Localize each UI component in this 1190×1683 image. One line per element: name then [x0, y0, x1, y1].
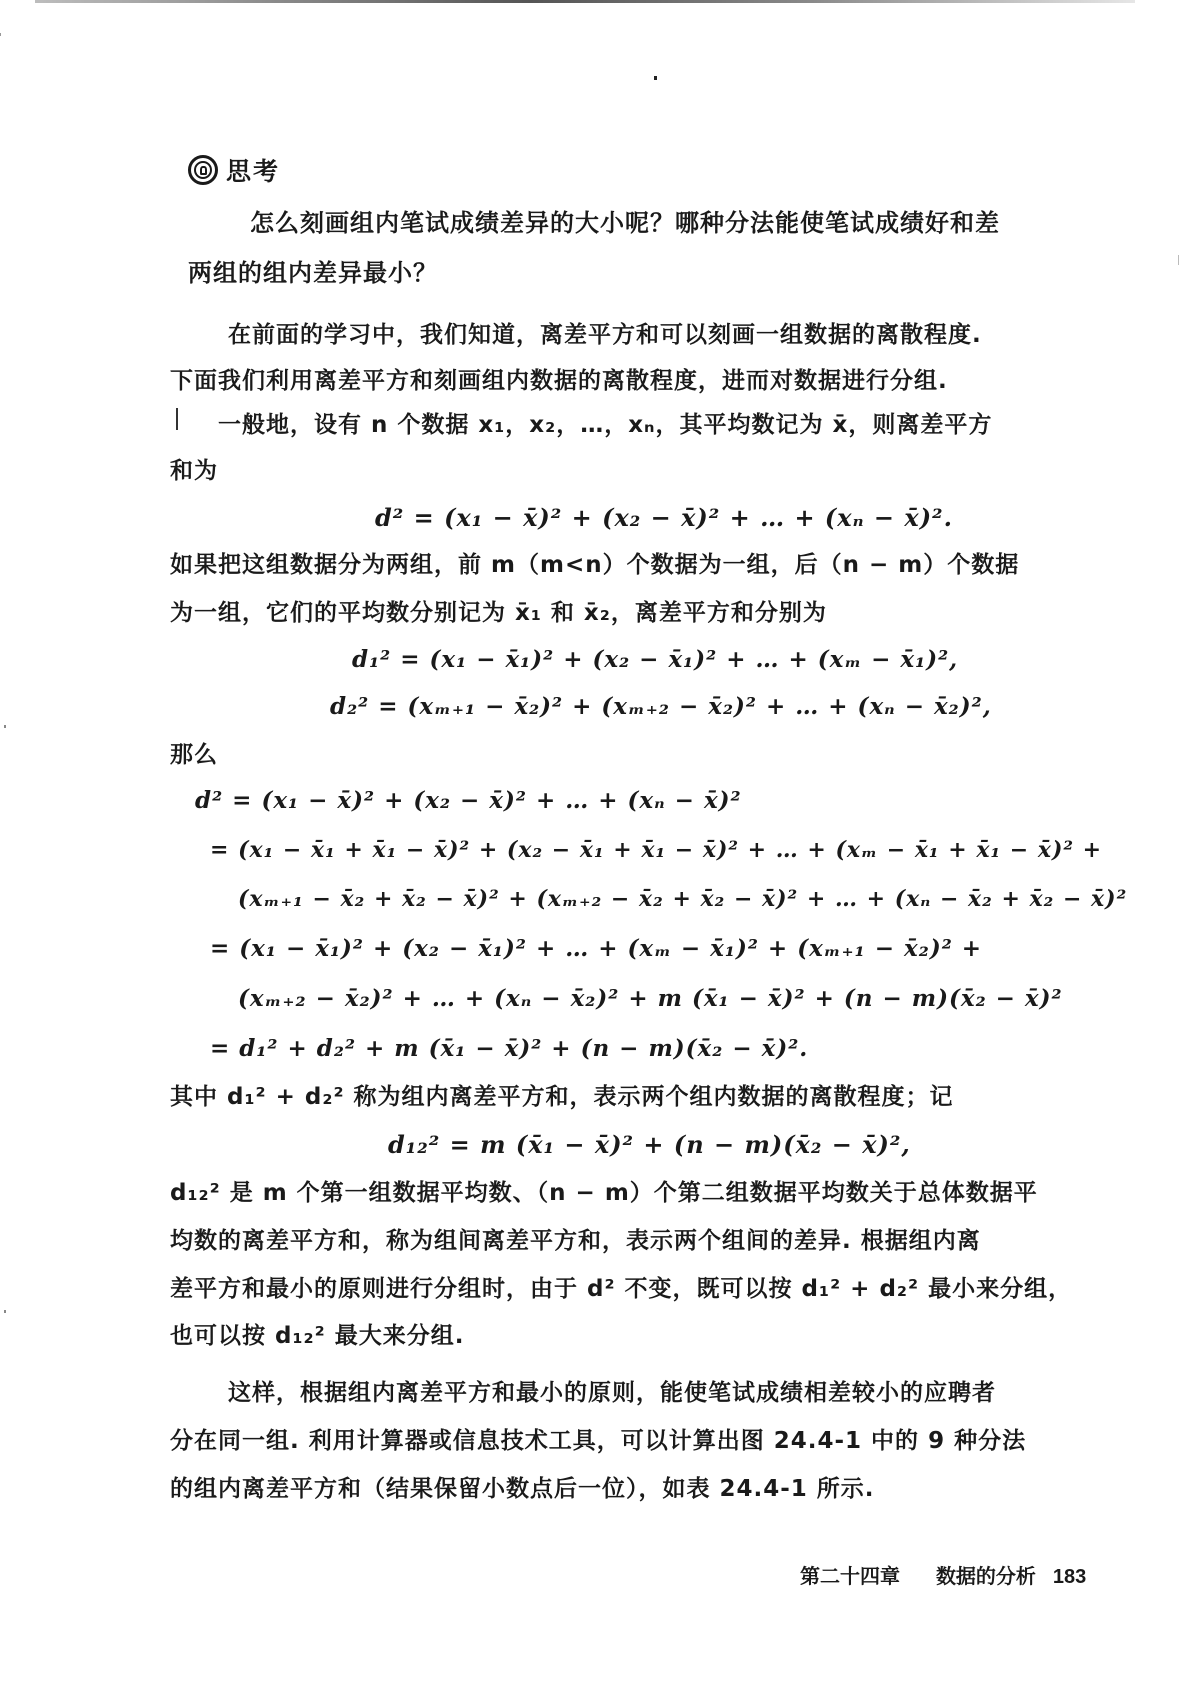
paragraph-3-line-1: 如果把这组数据分为两组，前 m（m<n）个数据为一组，后（n − m）个数据 [170, 550, 1019, 580]
document-page: 思考 怎么刻画组内笔试成绩差异的大小呢？哪种分法能使笔试成绩好和差 两组的组内差… [0, 0, 1190, 1683]
page-number: 183 [1053, 1566, 1086, 1588]
derivation-step-4: = (x₁ − x̄₁)² + (x₂ − x̄₁)² + … + (xₘ − … [210, 934, 982, 964]
formula-group1-deviation: d₁² = (x₁ − x̄₁)² + (x₂ − x̄₁)² + … + (x… [352, 645, 958, 675]
section-label: 数据的分析 [936, 1564, 1036, 1588]
scan-speck [4, 725, 6, 728]
paragraph-6-line-3: 的组内离差平方和（结果保留小数点后一位），如表 24.4-1 所示. [170, 1474, 875, 1504]
chapter-label: 第二十四章 [800, 1564, 900, 1588]
paragraph-2-line-2: 和为 [170, 456, 218, 486]
paragraph-1-line-2: 下面我们利用离差平方和刻画组内数据的离散程度，进而对数据进行分组. [170, 366, 948, 396]
scan-speck [0, 33, 1, 36]
then-label: 那么 [170, 740, 218, 770]
derivation-step-6: = d₁² + d₂² + m (x̄₁ − x̄)² + (n − m)(x̄… [210, 1034, 808, 1064]
scan-speck [4, 1310, 6, 1313]
derivation-step-1: d² = (x₁ − x̄)² + (x₂ − x̄)² + … + (xₙ −… [195, 786, 742, 816]
scan-speck [1178, 255, 1179, 265]
paragraph-2-line-1: 一般地，设有 n 个数据 x₁，x₂，…，xₙ，其平均数记为 x̄，则离差平方 [218, 410, 992, 440]
derivation-step-2: = (x₁ − x̄₁ + x̄₁ − x̄)² + (x₂ − x̄₁ + x… [210, 835, 1102, 865]
paragraph-5-line-4: 也可以按 d₁₂² 最大来分组. [170, 1321, 464, 1351]
paragraph-6-line-1: 这样，根据组内离差平方和最小的原则，能使笔试成绩相差较小的应聘者 [228, 1378, 996, 1408]
paragraph-5-line-3: 差平方和最小的原则进行分组时，由于 d² 不变，既可以按 d₁² + d₂² 最… [170, 1274, 1072, 1304]
scan-edge-shadow [35, 0, 1135, 3]
paragraph-5-line-1: d₁₂² 是 m 个第一组数据平均数、（n − m）个第二组数据平均数关于总体数… [170, 1178, 1038, 1208]
think-question-line-1: 怎么刻画组内笔试成绩差异的大小呢？哪种分法能使笔试成绩好和差 [250, 208, 1000, 238]
formula-group2-deviation: d₂² = (xₘ₊₁ − x̄₂)² + (xₘ₊₂ − x̄₂)² + … … [330, 692, 992, 722]
think-title: 思考 [226, 152, 280, 188]
paragraph-4: 其中 d₁² + d₂² 称为组内离差平方和，表示两个组内数据的离散程度；记 [170, 1082, 954, 1112]
paragraph-5-line-2: 均数的离差平方和，称为组间离差平方和，表示两个组间的差异. 根据组内离 [170, 1226, 981, 1256]
formula-between-group-deviation: d₁₂² = m (x̄₁ − x̄)² + (n − m)(x̄₂ − x̄)… [388, 1130, 911, 1160]
scan-speck [654, 76, 657, 80]
paragraph-3-line-2: 为一组，它们的平均数分别记为 x̄₁ 和 x̄₂，离差平方和分别为 [170, 598, 827, 628]
margin-mark [176, 408, 178, 430]
derivation-step-3: (xₘ₊₁ − x̄₂ + x̄₂ − x̄)² + (xₘ₊₂ − x̄₂ +… [238, 884, 1127, 914]
paragraph-6-line-2: 分在同一组. 利用计算器或信息技术工具，可以计算出图 24.4-1 中的 9 种… [170, 1426, 1026, 1456]
thinking-head-icon [188, 155, 218, 185]
think-question-line-2: 两组的组内差异最小？ [188, 258, 438, 288]
formula-total-deviation: d² = (x₁ − x̄)² + (x₂ − x̄)² + … + (xₙ −… [375, 503, 953, 533]
derivation-step-5: (xₘ₊₂ − x̄₂)² + … + (xₙ − x̄₂)² + m (x̄₁… [238, 984, 1063, 1014]
paragraph-1-line-1: 在前面的学习中，我们知道，离差平方和可以刻画一组数据的离散程度. [228, 320, 982, 350]
page-footer: 第二十四章 数据的分析 183 [800, 1560, 1086, 1589]
think-section-header: 思考 [188, 152, 280, 188]
